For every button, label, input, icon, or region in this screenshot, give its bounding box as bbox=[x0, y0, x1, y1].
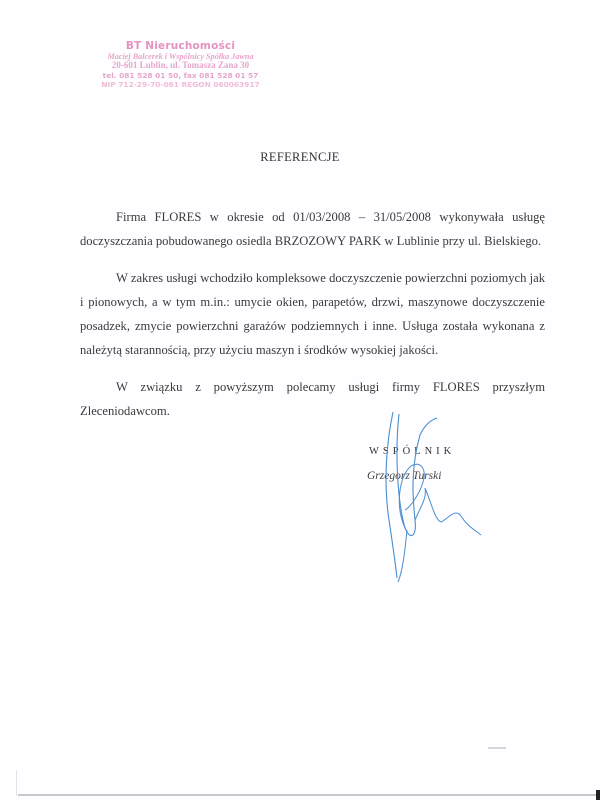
page-left-edge bbox=[16, 770, 17, 796]
stamp-company-name: BT Nieruchomości bbox=[78, 40, 283, 52]
scanned-letter-page: BT Nieruchomości Maciej Balcerek i Wspól… bbox=[0, 0, 600, 800]
stamp-address: 20-601 Lublin, ul. Tomasza Zana 30 bbox=[78, 61, 283, 70]
paragraph-scope: W zakres usługi wchodziło kompleksowe do… bbox=[80, 266, 545, 362]
handwritten-signature-icon bbox=[365, 410, 525, 585]
stamp-phone-fax: tel. 081 528 01 50, fax 081 528 01 57 bbox=[78, 71, 283, 80]
company-stamp: BT Nieruchomości Maciej Balcerek i Wspól… bbox=[78, 40, 283, 90]
scan-corner-mark bbox=[596, 790, 600, 800]
page-bottom-edge bbox=[18, 794, 600, 796]
stamp-tax-ids: NIP 712-29-70-061 REGON 060063917 bbox=[78, 80, 283, 89]
paragraph-service-period: Firma FLORES w okresie od 01/03/2008 – 3… bbox=[80, 205, 545, 253]
scan-artifact bbox=[488, 747, 506, 749]
letter-body: Firma FLORES w okresie od 01/03/2008 – 3… bbox=[80, 205, 545, 436]
document-title: REFERENCJE bbox=[0, 150, 600, 165]
signature-block: WSPÓLNIK Grzegorz Turski bbox=[365, 440, 525, 580]
